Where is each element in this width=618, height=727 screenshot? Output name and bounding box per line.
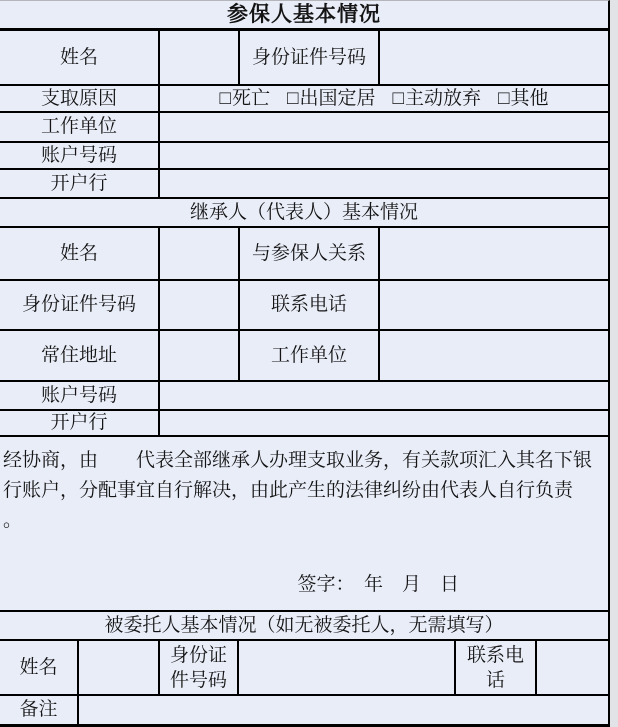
heir-phone-label: 联系电话 [240, 281, 380, 329]
heir-work-unit-input-cell[interactable] [380, 331, 608, 380]
insured-name-input-cell[interactable] [160, 31, 240, 84]
trustee-phone-label: 联系电话 [456, 641, 537, 694]
signature-date-line[interactable]: 签字： 年 月 日 [3, 572, 605, 598]
heir-id-label: 身份证件号码 [0, 281, 160, 329]
checkbox-option-other[interactable]: □其他 [498, 87, 549, 111]
heir-id-input-cell[interactable] [160, 281, 240, 329]
checkbox-label-settle-abroad: 出国定居 [299, 87, 375, 111]
checkbox-option-voluntary-waiver[interactable]: □主动放弃 [393, 87, 482, 111]
heir-bank-label: 开户行 [0, 411, 160, 435]
insured-id-label: 身份证件号码 [240, 31, 380, 84]
heir-name-label: 姓名 [0, 228, 160, 279]
checkbox-icon[interactable]: □ [393, 87, 404, 111]
trustee-id-input-cell[interactable] [239, 641, 456, 694]
heir-section-header: 继承人（代表人）基本情况 [0, 199, 608, 226]
trustee-phone-label-line1: 联系电 [467, 645, 524, 666]
withdraw-reason-options: □死亡 □出国定居 □主动放弃 □其他 [160, 86, 608, 111]
heir-relation-input-cell[interactable] [380, 228, 608, 279]
heir-address-input-cell[interactable] [160, 331, 240, 380]
withdraw-reason-label: 支取原因 [0, 86, 160, 111]
checkbox-label-voluntary-waiver: 主动放弃 [405, 87, 481, 111]
heir-account-number-label: 账户号码 [0, 382, 160, 409]
insured-id-input-cell[interactable] [380, 31, 608, 84]
heir-account-number-input-cell[interactable] [160, 382, 608, 409]
checkbox-icon[interactable]: □ [498, 87, 509, 111]
trustee-name-label: 姓名 [0, 641, 79, 694]
insured-section-title: 参保人基本情况 [0, 1, 608, 28]
agreement-line-2: 行账户，分配事宜自行解决，由此产生的法律纠纷由代表人自行负责 [3, 476, 605, 506]
heir-address-label: 常住地址 [0, 331, 160, 380]
insured-account-number-label: 账户号码 [0, 143, 160, 168]
trustee-section-header: 被委托人基本情况（如无被委托人，无需填写） [0, 612, 608, 639]
checkbox-icon[interactable]: □ [220, 87, 231, 111]
insured-bank-input-cell[interactable] [160, 170, 608, 197]
insured-work-unit-label: 工作单位 [0, 113, 160, 141]
insured-bank-label: 开户行 [0, 170, 160, 197]
trustee-name-input-cell[interactable] [79, 641, 160, 694]
agreement-line-3: 。 [3, 506, 605, 536]
insured-work-unit-input-cell[interactable] [160, 113, 608, 141]
heir-name-input-cell[interactable] [160, 228, 240, 279]
trustee-id-label-line2: 件号码 [170, 670, 227, 691]
trustee-id-label-line1: 身份证 [170, 645, 227, 666]
trustee-id-label: 身份证件号码 [160, 641, 239, 694]
agreement-line-1: 经协商，由 代表全部继承人办理支取业务，有关款项汇入其名下银 [3, 446, 605, 476]
remarks-input-cell[interactable] [79, 696, 608, 724]
insured-name-label: 姓名 [0, 31, 160, 84]
checkbox-label-other: 其他 [510, 87, 548, 111]
checkbox-label-death: 死亡 [232, 87, 270, 111]
heir-phone-input-cell[interactable] [380, 281, 608, 329]
heir-work-unit-label: 工作单位 [240, 331, 380, 380]
checkbox-option-death[interactable]: □死亡 [220, 87, 271, 111]
trustee-phone-input-cell[interactable] [537, 641, 608, 694]
benefit-withdrawal-form: 参保人基本情况 姓名 身份证件号码 支取原因 □死亡 □出国定居 □主动放弃 □… [0, 0, 610, 727]
heir-relation-label: 与参保人关系 [240, 228, 380, 279]
remarks-label: 备注 [0, 696, 79, 724]
agreement-statement-cell: 经协商，由 代表全部继承人办理支取业务，有关款项汇入其名下银 行账户，分配事宜自… [0, 437, 608, 612]
heir-bank-input-cell[interactable] [160, 411, 608, 435]
insured-account-number-input-cell[interactable] [160, 143, 608, 168]
checkbox-icon[interactable]: □ [287, 87, 298, 111]
trustee-phone-label-line2: 话 [486, 670, 505, 691]
checkbox-option-settle-abroad[interactable]: □出国定居 [287, 87, 376, 111]
